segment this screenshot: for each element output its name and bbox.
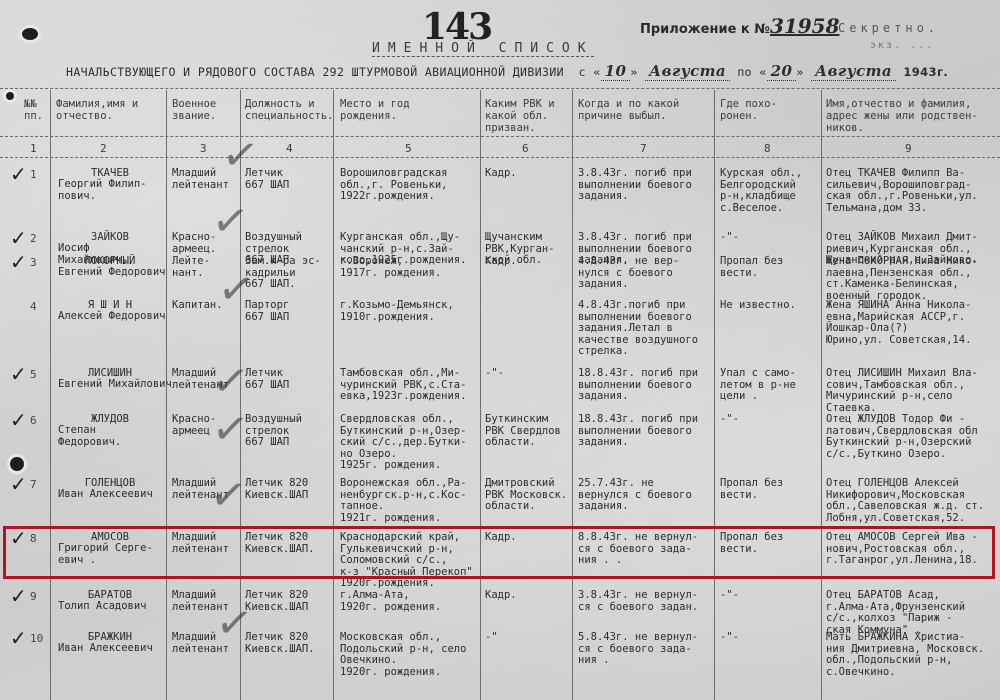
date-from-month: Августа <box>645 62 730 81</box>
column-number: 1 <box>30 142 37 155</box>
checkmark-icon: ✓ <box>10 408 27 432</box>
column-divider <box>572 90 573 700</box>
birth-place-year: Свердловская обл., Буткинский р-н,Озер- … <box>340 414 466 472</box>
checkmark-icon: ✓ <box>10 162 27 186</box>
row-number: 3 <box>30 256 37 269</box>
appendix-reference: Приложение к №31958 <box>640 14 840 38</box>
archive-document-page: 143 Приложение к №31958 Секретно. экз. .… <box>0 0 1000 700</box>
classification-copy: экз. ... <box>870 40 934 51</box>
drafted-by: Кадр. <box>485 256 517 268</box>
drafted-by: -" <box>485 632 498 644</box>
date-from-label: с <box>579 65 586 79</box>
row-number: 4 <box>30 300 37 313</box>
person-given-name: Евгений Михайлович <box>58 379 172 391</box>
relatives-address: Отец ТКАЧЕВ Филипп Ва- сильевич,Ворошило… <box>826 168 978 214</box>
row-number: 2 <box>30 232 37 245</box>
person-given-name: Степан Федорович. <box>58 425 121 448</box>
pencil-check-icon: ✓ <box>215 262 259 318</box>
burial-place: Упал с само- летом в р-не цели . <box>720 368 796 403</box>
relatives-address: Отец ЛИСИШИН Михаил Вла- сович,Тамбовска… <box>826 368 978 414</box>
relatives-address: Отец ЖЛУДОВ Тодор Фи - латович,Свердловс… <box>826 414 978 460</box>
column-number: 6 <box>522 142 529 155</box>
date-from-day: 10 <box>601 62 631 81</box>
pencil-check-icon: ✓ <box>219 128 263 184</box>
checkmark-icon: ✓ <box>10 626 27 650</box>
burial-place: Пропал без вести. <box>720 256 783 279</box>
departure-reason: 3.8.43г. погиб при выполнении боевого за… <box>578 168 692 203</box>
row-number: 5 <box>30 368 37 381</box>
column-divider <box>821 90 822 700</box>
position: Летчик 820 Киевск.ШАП <box>245 478 308 501</box>
row-number: 10 <box>30 632 43 645</box>
column-header: Где похо- ронен. <box>720 98 777 122</box>
checkmark-icon: ✓ <box>10 472 27 496</box>
row-number: 7 <box>30 478 37 491</box>
relatives-address: Отец ГОЛЕНЦОВ Алексей Никифорович,Москов… <box>826 478 984 524</box>
date-to-month: Августа <box>811 62 896 81</box>
column-header: Место и год рождения. <box>340 98 410 122</box>
birth-place-year: Ворошиловградская обл.,г. Ровеньки, 1922… <box>340 168 447 203</box>
position: Летчик 820 Киевск.ШАП. <box>245 632 315 655</box>
column-number: 9 <box>905 142 912 155</box>
birth-place-year: Московская обл., Подольский р-н, село Ов… <box>340 632 466 678</box>
column-header: Фамилия,имя и отчество. <box>56 98 138 122</box>
departure-reason: 5.8.43г. не вернул- ся с боевого зада- н… <box>578 632 698 667</box>
column-divider <box>333 90 334 700</box>
position: Воздушный стрелок 667 ШАП <box>245 414 302 449</box>
relatives-address: Жена ПОКОРНАЯ Нина Нико- лаевна,Пензенск… <box>826 256 978 302</box>
departure-reason: 4.8.43г.погиб при выполнении боевого зад… <box>578 300 698 358</box>
birth-place-year: г.Козьмо-Демьянск, 1910г.рождения. <box>340 300 454 323</box>
drafted-by: -"- <box>485 368 504 380</box>
column-header: Военное звание. <box>172 98 216 122</box>
burial-place: -"- <box>720 232 739 244</box>
document-subtitle: НАЧАЛЬСТВУЮЩЕГО И РЯДОВОГО СОСТАВА 292 Ш… <box>66 62 948 80</box>
pencil-check-icon: ✓ <box>209 194 253 250</box>
checkmark-icon: ✓ <box>10 226 27 250</box>
birth-place-year: Тамбовская обл.,Ми- чуринский РВК,с.Ста-… <box>340 368 466 403</box>
date-to-day: 20 <box>767 62 797 81</box>
column-header: Когда и по какой причине выбыл. <box>578 98 679 122</box>
relatives-address: Мать БРАЖКИНА Христиа- ния Дмитриевна, М… <box>826 632 984 678</box>
column-header: Должность и специальность. <box>245 98 334 122</box>
classification-stamp: Секретно. <box>838 21 939 35</box>
column-number: 8 <box>764 142 771 155</box>
drafted-by: Кадр. <box>485 590 517 602</box>
burial-place: Не известно. <box>720 300 796 312</box>
person-given-name: Иван Алексеевич <box>58 489 153 501</box>
departure-reason: 4.8.43г. не вер- нулся с боевого задания… <box>578 256 679 291</box>
pencil-check-icon: ✓ <box>213 596 257 652</box>
birth-place-year: г.Алма-Ата, 1920г. рождения. <box>340 590 441 613</box>
column-number: 3 <box>200 142 207 155</box>
military-rank: Лейте- нант. <box>172 256 210 279</box>
departure-reason: 3.8.43г. не вернул- ся с боевого задан. <box>578 590 698 613</box>
punch-hole <box>22 28 38 40</box>
checkmark-icon: ✓ <box>10 362 27 386</box>
drafted-by: Кадр. <box>485 168 517 180</box>
colnum-rule <box>0 157 1000 158</box>
column-divider <box>166 90 167 700</box>
relatives-address: Жена ЯШИНА Анна Никола- евна,Марийская А… <box>826 300 971 346</box>
relatives-address: Отец БАРАТОВ Асад, г.Алма-Ата,Фрунзенски… <box>826 590 965 636</box>
pencil-check-icon: ✓ <box>209 402 253 458</box>
column-header: Имя,отчество и фамилия, адрес жены или р… <box>826 98 978 134</box>
drafted-by: Буткинским РВК Свердлов области. <box>485 414 561 449</box>
departure-reason: 18.8.43г. погиб при выполнении боевого з… <box>578 368 698 403</box>
appendix-number: 31958 <box>770 14 840 38</box>
appendix-label: Приложение к № <box>640 22 770 37</box>
column-header: №№ пп. <box>24 98 43 122</box>
column-number: 5 <box>405 142 412 155</box>
position: Летчик 667 ШАП <box>245 368 289 391</box>
header-rule <box>0 136 1000 137</box>
checkmark-icon: ✓ <box>10 584 27 608</box>
checkmark-icon: ✓ <box>10 250 27 274</box>
person-given-name: Евгений Федорович <box>58 267 165 279</box>
column-number: 4 <box>286 142 293 155</box>
column-divider <box>50 90 51 700</box>
column-divider <box>480 90 481 700</box>
column-number: 2 <box>100 142 107 155</box>
drafted-by: Дмитровский РВК Московск. области. <box>485 478 567 513</box>
burial-place: -"- <box>720 590 739 602</box>
row-number: 9 <box>30 590 37 603</box>
burial-place: Курская обл., Белгородский р-н,кладбище … <box>720 168 802 214</box>
column-divider <box>714 90 715 700</box>
table-top-rule <box>0 88 1000 89</box>
row-number: 1 <box>30 168 37 181</box>
person-given-name: Иван Алексеевич <box>58 643 153 655</box>
departure-reason: 18.8.43г. погиб при выполнении боевого з… <box>578 414 698 449</box>
birth-place-year: Воронежская обл.,Ра- ненбургск.р-н,с.Кос… <box>340 478 466 524</box>
person-given-name: Георгий Филип- пович. <box>58 179 147 202</box>
row-number: 6 <box>30 414 37 427</box>
person-given-name: Алексей Федорович <box>58 311 165 323</box>
birth-place-year: г.Воронеж, 1917г. рождения. <box>340 256 441 279</box>
burial-place: -"- <box>720 632 739 644</box>
document-title: ИМЕННОЙ СПИСОК <box>372 41 594 57</box>
military-rank: Красно- армеец <box>172 414 216 437</box>
person-given-name: Толип Асадович <box>58 601 147 613</box>
column-number: 7 <box>640 142 647 155</box>
pencil-check-icon: ✓ <box>207 468 251 524</box>
departure-reason: 25.7.43г. не вернулся с боевого задания. <box>578 478 692 513</box>
punch-hole <box>10 457 24 471</box>
burial-place: -"- <box>720 414 739 426</box>
subtitle-text: НАЧАЛЬСТВУЮЩЕГО И РЯДОВОГО СОСТАВА 292 Ш… <box>66 65 564 79</box>
year: 1943г. <box>903 65 948 79</box>
punch-hole <box>6 92 14 100</box>
burial-place: Пропал без вести. <box>720 478 783 501</box>
column-header: Каким РВК и какой обл. призван. <box>485 98 555 134</box>
date-to-label: по <box>737 65 752 79</box>
highlighted-row-frame <box>3 526 995 579</box>
